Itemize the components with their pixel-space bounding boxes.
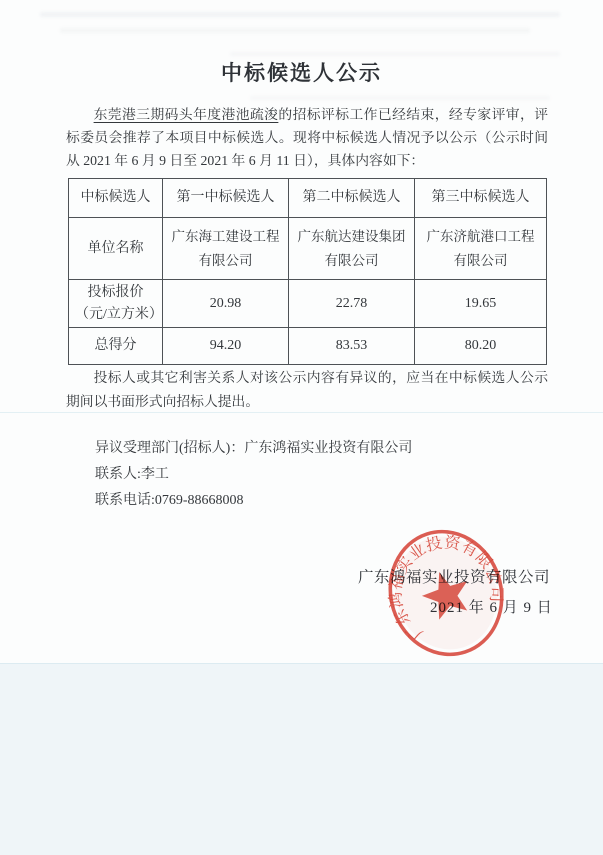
scan-artifact [250,96,550,100]
company-cell-1: 广东海工建设工程有限公司 [163,218,289,280]
scan-artifact [230,52,560,56]
contact-department: 异议受理部门(招标人)：广东鸿福实业投资有限公司 [95,436,412,462]
price-cell-3: 19.65 [415,280,547,328]
contact-block: 异议受理部门(招标人)：广东鸿福实业投资有限公司 联系人:李工 联系电话:076… [95,436,412,513]
score-cell-3: 80.20 [415,328,547,365]
intro-paragraph: 东莞港三期码头年度港池疏浚的招标评标工作已经结束，经专家评审，评标委员会推荐了本… [66,103,548,172]
score-cell-2: 83.53 [289,328,415,365]
bid-candidates-table: 中标候选人 第一中标候选人 第二中标候选人 第三中标候选人 单位名称 广东海工建… [68,178,547,365]
price-label-line1: 投标报价 [75,282,156,304]
table-row-company-name: 单位名称 广东海工建设工程有限公司 广东航达建设集团有限公司 广东济航港口工程有… [69,218,547,280]
table-row-total-score: 总得分 94.20 83.53 80.20 [69,328,547,365]
table-row-bid-price: 投标报价（元/立方米） 20.98 22.78 19.65 [69,280,547,328]
row-label-score: 总得分 [69,328,163,365]
header-cell-first: 第一中标候选人 [163,179,289,218]
price-cell-2: 22.78 [289,280,415,328]
header-cell-candidates: 中标候选人 [69,179,163,218]
project-name-underlined: 东莞港三期码头年度港池疏浚 [94,107,279,122]
page-title: 中标候选人公示 [0,57,603,87]
scan-artifact [60,28,530,33]
price-label-line2: （元/立方米） [75,304,156,326]
header-cell-second: 第二中标候选人 [289,179,415,218]
price-cell-1: 20.98 [163,280,289,328]
contact-phone: 联系电话:0769-88668008 [95,488,412,514]
company-cell-3: 广东济航港口工程有限公司 [415,218,547,280]
row-label-price: 投标报价（元/立方米） [69,280,163,328]
company-cell-2: 广东航达建设集团有限公司 [289,218,415,280]
score-cell-1: 94.20 [163,328,289,365]
company-seal-stamp: 广东鸿福实业投资有限公司 [366,513,526,673]
row-label-company: 单位名称 [69,218,163,280]
table-header-row: 中标候选人 第一中标候选人 第二中标候选人 第三中标候选人 [69,179,547,218]
scanned-document-page: 中标候选人公示 东莞港三期码头年度港池疏浚的招标评标工作已经结束，经专家评审，评… [0,0,603,855]
header-cell-third: 第三中标候选人 [415,179,547,218]
contact-person: 联系人:李工 [95,462,412,488]
scan-tint-band [0,663,603,855]
objection-paragraph: 投标人或其它利害关系人对该公示内容有异议的，应当在中标候选人公示期间以书面形式向… [66,366,548,414]
scan-artifact [40,12,560,17]
